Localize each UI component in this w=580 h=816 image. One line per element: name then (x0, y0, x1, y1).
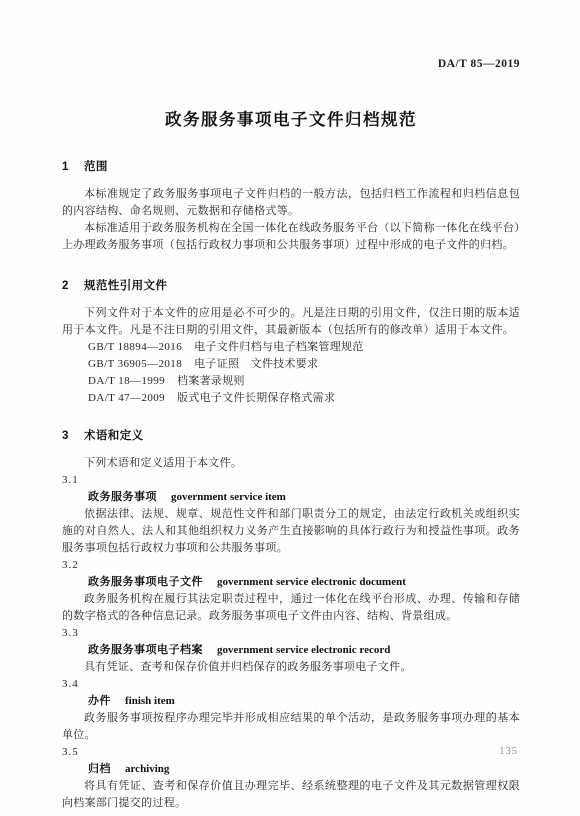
paragraph: 下列术语和定义适用于本文件。 (62, 455, 520, 472)
term-heading: 政务服务事项电子档案government service electronic … (62, 642, 520, 659)
term-definition: 具有凭证、查考和保存价值并归档保存的政务服务事项电子文件。 (62, 659, 520, 676)
reference-title: 电子文件归档与电子档案管理规范 (194, 341, 364, 353)
term-definition: 将具有凭证、查考和保存价值且办理完毕、经系统整理的电子文件及其元数据管理权限向档… (62, 778, 520, 812)
section-3-heading: 3术语和定义 (62, 427, 520, 443)
section-3-body: 下列术语和定义适用于本文件。 3.1 政务服务事项government serv… (62, 455, 520, 812)
term-name-en: government service electronic record (217, 644, 390, 656)
document-title: 政务服务事项电子文件归档规范 (62, 106, 520, 130)
section-2-body: 下列文件对于本文件的应用是必不可少的。凡是注日期的引用文件，仅注日期的版本适用于… (62, 305, 520, 407)
term-number: 3.4 (62, 676, 520, 693)
reference-item: DA/T 18—1999档案著录规则 (62, 373, 520, 390)
term-number: 3.5 (62, 744, 520, 761)
document-page: DA/T 85—2019 政务服务事项电子文件归档规范 1范围 本标准规定了政务… (0, 0, 580, 816)
term-name-en: archiving (125, 763, 169, 775)
reference-code: GB/T 18894—2016 (88, 341, 182, 353)
term-3-3: 3.3 政务服务事项电子档案government service electro… (62, 625, 520, 676)
term-number: 3.3 (62, 625, 520, 642)
reference-title: 版式电子文件长期保存格式需求 (177, 392, 335, 404)
section-3-title: 术语和定义 (84, 430, 144, 442)
term-heading: 政务服务事项government service item (62, 489, 520, 506)
term-heading: 归档archiving (62, 761, 520, 778)
reference-code: DA/T 47—2009 (88, 392, 165, 404)
term-definition: 政务服务事项按程序办理完毕并形成相应结果的单个活动，是政务服务事项办理的基本单位… (62, 710, 520, 744)
term-name-en: finish item (125, 695, 175, 707)
reference-list: GB/T 18894—2016电子文件归档与电子档案管理规范 GB/T 3690… (62, 339, 520, 407)
term-name-en: government service item (171, 491, 286, 503)
section-1-number: 1 (62, 161, 84, 173)
section-scope: 1范围 本标准规定了政务服务事项电子文件归档的一般方法，包括归档工作流程和归档信… (62, 158, 520, 254)
section-1-title: 范围 (84, 161, 108, 173)
term-definition: 依据法律、法规、规章、规范性文件和部门职责分工的规定，由法定行政机关或组织实施的… (62, 506, 520, 557)
term-name-zh: 办件 (88, 695, 111, 707)
paragraph: 本标准规定了政务服务事项电子文件归档的一般方法，包括归档工作流程和归档信息包的内… (62, 186, 520, 220)
reference-item: GB/T 18894—2016电子文件归档与电子档案管理规范 (62, 339, 520, 356)
term-heading: 政务服务事项电子文件government service electronic … (62, 574, 520, 591)
section-1-body: 本标准规定了政务服务事项电子文件归档的一般方法，包括归档工作流程和归档信息包的内… (62, 186, 520, 254)
term-3-2: 3.2 政务服务事项电子文件government service electro… (62, 557, 520, 625)
page-content: DA/T 85—2019 政务服务事项电子文件归档规范 1范围 本标准规定了政务… (0, 0, 580, 812)
term-heading: 办件finish item (62, 693, 520, 710)
term-3-5: 3.5 归档archiving 将具有凭证、查考和保存价值且办理完毕、经系统整理… (62, 744, 520, 812)
section-1-heading: 1范围 (62, 158, 520, 174)
section-2-heading: 2规范性引用文件 (62, 277, 520, 293)
term-name-zh: 归档 (88, 763, 111, 775)
reference-item: DA/T 47—2009版式电子文件长期保存格式需求 (62, 390, 520, 407)
paragraph: 下列文件对于本文件的应用是必不可少的。凡是注日期的引用文件，仅注日期的版本适用于… (62, 305, 520, 339)
section-normative-references: 2规范性引用文件 下列文件对于本文件的应用是必不可少的。凡是注日期的引用文件，仅… (62, 277, 520, 407)
term-name-zh: 政务服务事项 (88, 491, 157, 503)
term-name-zh: 政务服务事项电子文件 (88, 576, 203, 588)
section-2-title: 规范性引用文件 (84, 280, 167, 292)
reference-code: DA/T 18—1999 (88, 375, 165, 387)
section-3-number: 3 (62, 430, 84, 442)
page-number: 135 (499, 746, 518, 757)
standard-code: DA/T 85—2019 (62, 58, 520, 70)
reference-code: GB/T 36905—2018 (88, 358, 182, 370)
term-name-zh: 政务服务事项电子档案 (88, 644, 203, 656)
reference-title: 档案著录规则 (177, 375, 245, 387)
term-definition: 政务服务机构在履行其法定职责过程中，通过一体化在线平台形成、办理、传输和存储的数… (62, 591, 520, 625)
reference-item: GB/T 36905—2018电子证照 文件技术要求 (62, 356, 520, 373)
term-3-1: 3.1 政务服务事项government service item 依据法律、法… (62, 472, 520, 557)
section-2-number: 2 (62, 280, 84, 292)
term-number: 3.1 (62, 472, 520, 489)
term-3-4: 3.4 办件finish item 政务服务事项按程序办理完毕并形成相应结果的单… (62, 676, 520, 744)
term-name-en: government service electronic document (217, 576, 406, 588)
reference-title: 电子证照 文件技术要求 (194, 358, 318, 370)
section-terms-definitions: 3术语和定义 下列术语和定义适用于本文件。 3.1 政务服务事项governme… (62, 427, 520, 812)
term-number: 3.2 (62, 557, 520, 574)
paragraph: 本标准适用于政务服务机构在全国一体化在线政务服务平台（以下简称一体化在线平台）上… (62, 220, 520, 254)
